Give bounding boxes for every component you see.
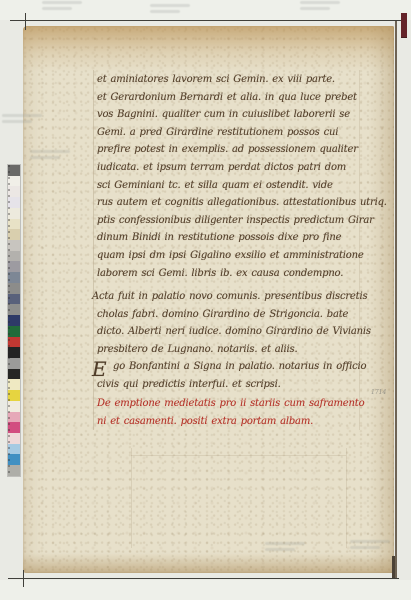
parchment-top-edge xyxy=(23,26,394,72)
ruling-lower-left-vertical xyxy=(131,448,132,548)
watermark-stamp xyxy=(150,4,190,16)
text-line: prefire potest in exemplis. ad possessio… xyxy=(97,144,363,155)
text-line: iudicata. et ipsum terram perdat dictos … xyxy=(97,162,363,173)
text-line: dinum Binidi in restitutione possois dix… xyxy=(97,232,363,243)
rubric-line: De emptione medietatis pro ii stariis cu… xyxy=(97,398,363,409)
text-line: go Bonfantini a Signa in palatio. notari… xyxy=(97,361,379,372)
text-line: et Gerardonium Bernardi et alia. in qua … xyxy=(97,92,363,103)
text-line: cholas fabri. domino Girardino de Strigo… xyxy=(97,309,363,320)
red-corner-mark xyxy=(401,13,407,37)
text-line: dicto. Alberti neri iudice. domino Girar… xyxy=(97,326,363,337)
registration-tick-bottom-left xyxy=(23,570,24,587)
text-line: laborem sci Gemi. libris ib. ex causa co… xyxy=(97,268,363,279)
ruling-lower-right-vertical xyxy=(346,448,347,548)
text-line: rus autem et cognitis allegationibus. at… xyxy=(97,197,363,208)
parchment-right-shade xyxy=(368,26,394,573)
watermark-stamp xyxy=(2,114,42,126)
frame-line-bottom xyxy=(8,578,399,579)
watermark-stamp xyxy=(42,1,82,13)
text-line: quam ipsi dm ipsi Gigalino exsilio et am… xyxy=(97,250,363,261)
watermark-stamp xyxy=(300,1,340,13)
parchment-bottom-edge xyxy=(23,553,394,573)
text-line: civis qui predictis interfui. et scripsi… xyxy=(97,379,363,390)
page-stack-edge-line xyxy=(395,21,397,578)
text-line: Acta fuit in palatio novo comunis. prese… xyxy=(92,291,358,302)
background-bottom-strip xyxy=(0,580,411,600)
rubric-line: ni et casamenti. positi extra portam alb… xyxy=(97,416,363,427)
text-line: presbitero de Lugnano. notariis. et alii… xyxy=(97,344,363,355)
text-line: vos Bagnini. qualiter cum in cuiuslibet … xyxy=(97,109,363,120)
watermark-stamp xyxy=(350,540,390,552)
margin-note: 1714 xyxy=(371,389,386,396)
text-line: ptis confessionibus diligenter inspectis… xyxy=(97,215,363,226)
registration-tick-top-left xyxy=(25,13,26,30)
watermark-stamp xyxy=(30,150,70,162)
ruling-lower-horizontal xyxy=(131,455,346,456)
frame-line-top xyxy=(10,20,407,21)
color-bar-labels xyxy=(8,165,10,476)
text-line: et aminiatores lavorem sci Gemin. ex vii… xyxy=(97,74,363,85)
watermark-stamp xyxy=(265,542,305,554)
text-line: Gemi. a pred Girardine restitutionem pos… xyxy=(97,127,363,138)
bottom-right-corner-mark xyxy=(392,556,395,578)
text-block: E et aminiatores lavorem sci Gemin. ex v… xyxy=(97,74,363,434)
text-line: sci Geminiani tc. et silla quam ei osten… xyxy=(97,180,363,191)
digitized-manuscript-photo: E et aminiatores lavorem sci Gemin. ex v… xyxy=(0,0,411,600)
